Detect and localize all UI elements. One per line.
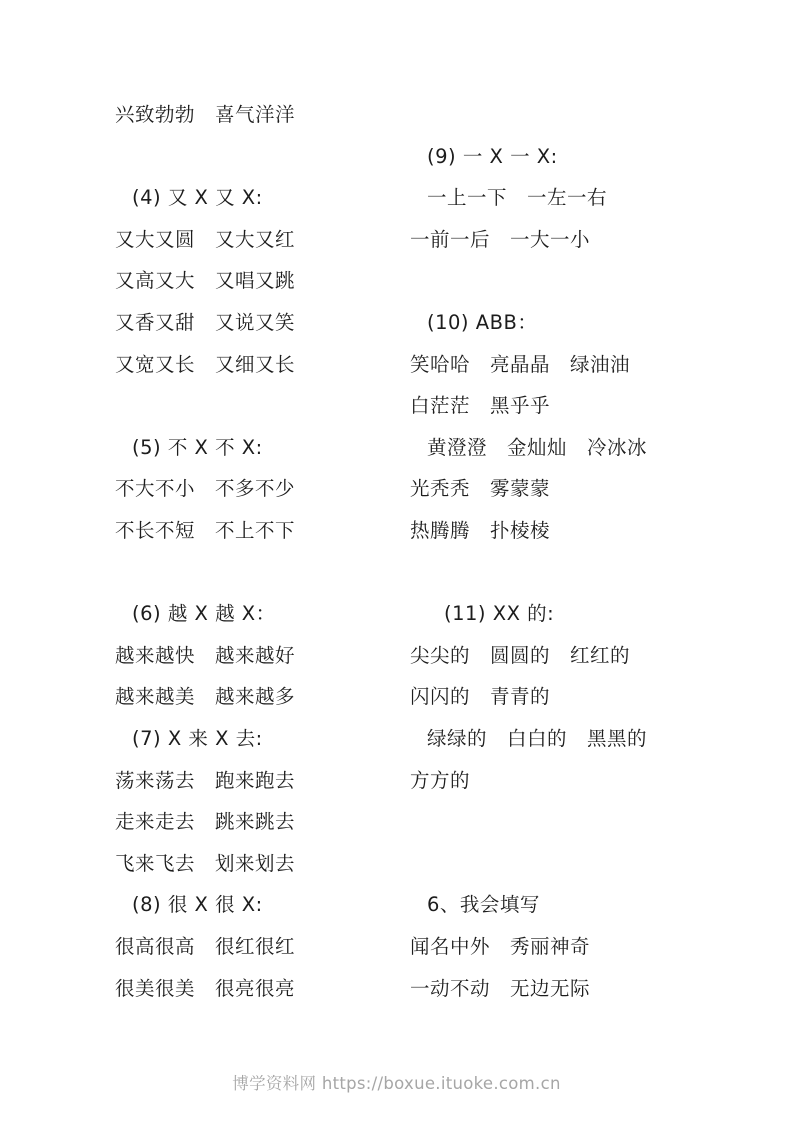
text-row: 白茫茫 黑乎乎 <box>0 385 793 427</box>
right-word-group: 闻名中外 秀丽神奇 <box>410 937 793 957</box>
right-pattern-heading: (9) 一 X 一 X: <box>410 147 793 167</box>
text-row: (9) 一 X 一 X: <box>0 136 793 178</box>
left-word-group: 飞来飞去 划来划去 <box>115 854 410 874</box>
right-word-group: 尖尖的 圆圆的 红红的 <box>410 646 793 666</box>
right-word-group: 方方的 <box>410 771 793 791</box>
text-row: 很高很高 很红很红闻名中外 秀丽神奇 <box>0 926 793 968</box>
left-word-group: 走来走去 跳来跳去 <box>115 812 410 832</box>
text-row: (5) 不 X 不 X:黄澄澄 金灿灿 冷冰冰 <box>0 427 793 469</box>
text-row: 又宽又长 又细又长笑哈哈 亮晶晶 绿油油 <box>0 344 793 386</box>
text-row: 不长不短 不上不下热腾腾 扑棱棱 <box>0 510 793 552</box>
text-row: 越来越快 越来越好尖尖的 圆圆的 红红的 <box>0 635 793 677</box>
left-word-group: 又香又甜 又说又笑 <box>115 313 410 333</box>
text-row: 又高又大 又唱又跳 <box>0 260 793 302</box>
left-word-group: 又高又大 又唱又跳 <box>115 271 410 291</box>
footer-url: https://boxue.ituoke.com.cn <box>322 1074 561 1093</box>
left-pattern-heading: (7) X 来 X 去: <box>115 729 427 749</box>
text-row: 荡来荡去 跑来跑去方方的 <box>0 760 793 802</box>
left-word-group: 荡来荡去 跑来跑去 <box>115 771 410 791</box>
document-page: 兴致勃勃 喜气洋洋(9) 一 X 一 X:(4) 又 X 又 X:一上一下 一左… <box>0 0 793 1122</box>
left-word-group: 又大又圆 又大又红 <box>115 230 410 250</box>
left-word-group: 越来越美 越来越多 <box>115 687 410 707</box>
right-pattern-heading: (10) ABB： <box>410 313 793 333</box>
right-word-group: 一动不动 无边无际 <box>410 979 793 999</box>
left-word-group: 不长不短 不上不下 <box>115 521 410 541</box>
text-row: (4) 又 X 又 X:一上一下 一左一右 <box>0 177 793 219</box>
left-word-group: 很高很高 很红很红 <box>115 937 410 957</box>
left-word-group: 越来越快 越来越好 <box>115 646 410 666</box>
text-row: (7) X 来 X 去:绿绿的 白白的 黑黑的 <box>0 718 793 760</box>
text-row: (8) 很 X 很 X:6、我会填写 <box>0 884 793 926</box>
left-word-group: 很美很美 很亮很亮 <box>115 979 410 999</box>
text-row: 兴致勃勃 喜气洋洋 <box>0 94 793 136</box>
left-word-group: 不大不小 不多不少 <box>115 479 410 499</box>
right-word-group: 闪闪的 青青的 <box>410 687 793 707</box>
right-word-group: 一前一后 一大一小 <box>410 230 793 250</box>
left-pattern-heading: (6) 越 X 越 X： <box>115 604 427 624</box>
right-word-group: 笑哈哈 亮晶晶 绿油油 <box>410 355 793 375</box>
right-word-group: 光秃秃 雾蒙蒙 <box>410 479 793 499</box>
text-row: 飞来飞去 划来划去 <box>0 843 793 885</box>
right-word-group: 黄澄澄 金灿灿 冷冰冰 <box>427 438 793 458</box>
left-word-group: 又宽又长 又细又长 <box>115 355 410 375</box>
right-pattern-heading: (11) XX 的: <box>427 604 793 624</box>
text-row: 越来越美 越来越多闪闪的 青青的 <box>0 676 793 718</box>
text-row: 很美很美 很亮很亮一动不动 无边无际 <box>0 967 793 1009</box>
text-row: 不大不小 不多不少光秃秃 雾蒙蒙 <box>0 468 793 510</box>
right-word-group: 热腾腾 扑棱棱 <box>410 521 793 541</box>
right-word-group: 白茫茫 黑乎乎 <box>410 396 793 416</box>
two-column-word-list: 兴致勃勃 喜气洋洋(9) 一 X 一 X:(4) 又 X 又 X:一上一下 一左… <box>0 94 793 1009</box>
left-pattern-heading: (8) 很 X 很 X: <box>115 895 427 915</box>
right-word-group: 一上一下 一左一右 <box>427 188 793 208</box>
left-pattern-heading: (4) 又 X 又 X: <box>115 188 427 208</box>
footer-site-name: 博学资料网 <box>232 1074 316 1093</box>
text-row: 又香又甜 又说又笑(10) ABB： <box>0 302 793 344</box>
text-row: (6) 越 X 越 X：(11) XX 的: <box>0 593 793 635</box>
text-row: 走来走去 跳来跳去 <box>0 801 793 843</box>
footer: 博学资料网 https://boxue.ituoke.com.cn <box>0 1070 793 1094</box>
left-word-group: 兴致勃勃 喜气洋洋 <box>115 105 410 125</box>
text-row: 又大又圆 又大又红一前一后 一大一小 <box>0 219 793 261</box>
left-pattern-heading: (5) 不 X 不 X: <box>115 438 427 458</box>
text-row <box>0 552 793 594</box>
right-word-group: 绿绿的 白白的 黑黑的 <box>427 729 793 749</box>
right-section-title: 6、我会填写 <box>427 895 793 915</box>
